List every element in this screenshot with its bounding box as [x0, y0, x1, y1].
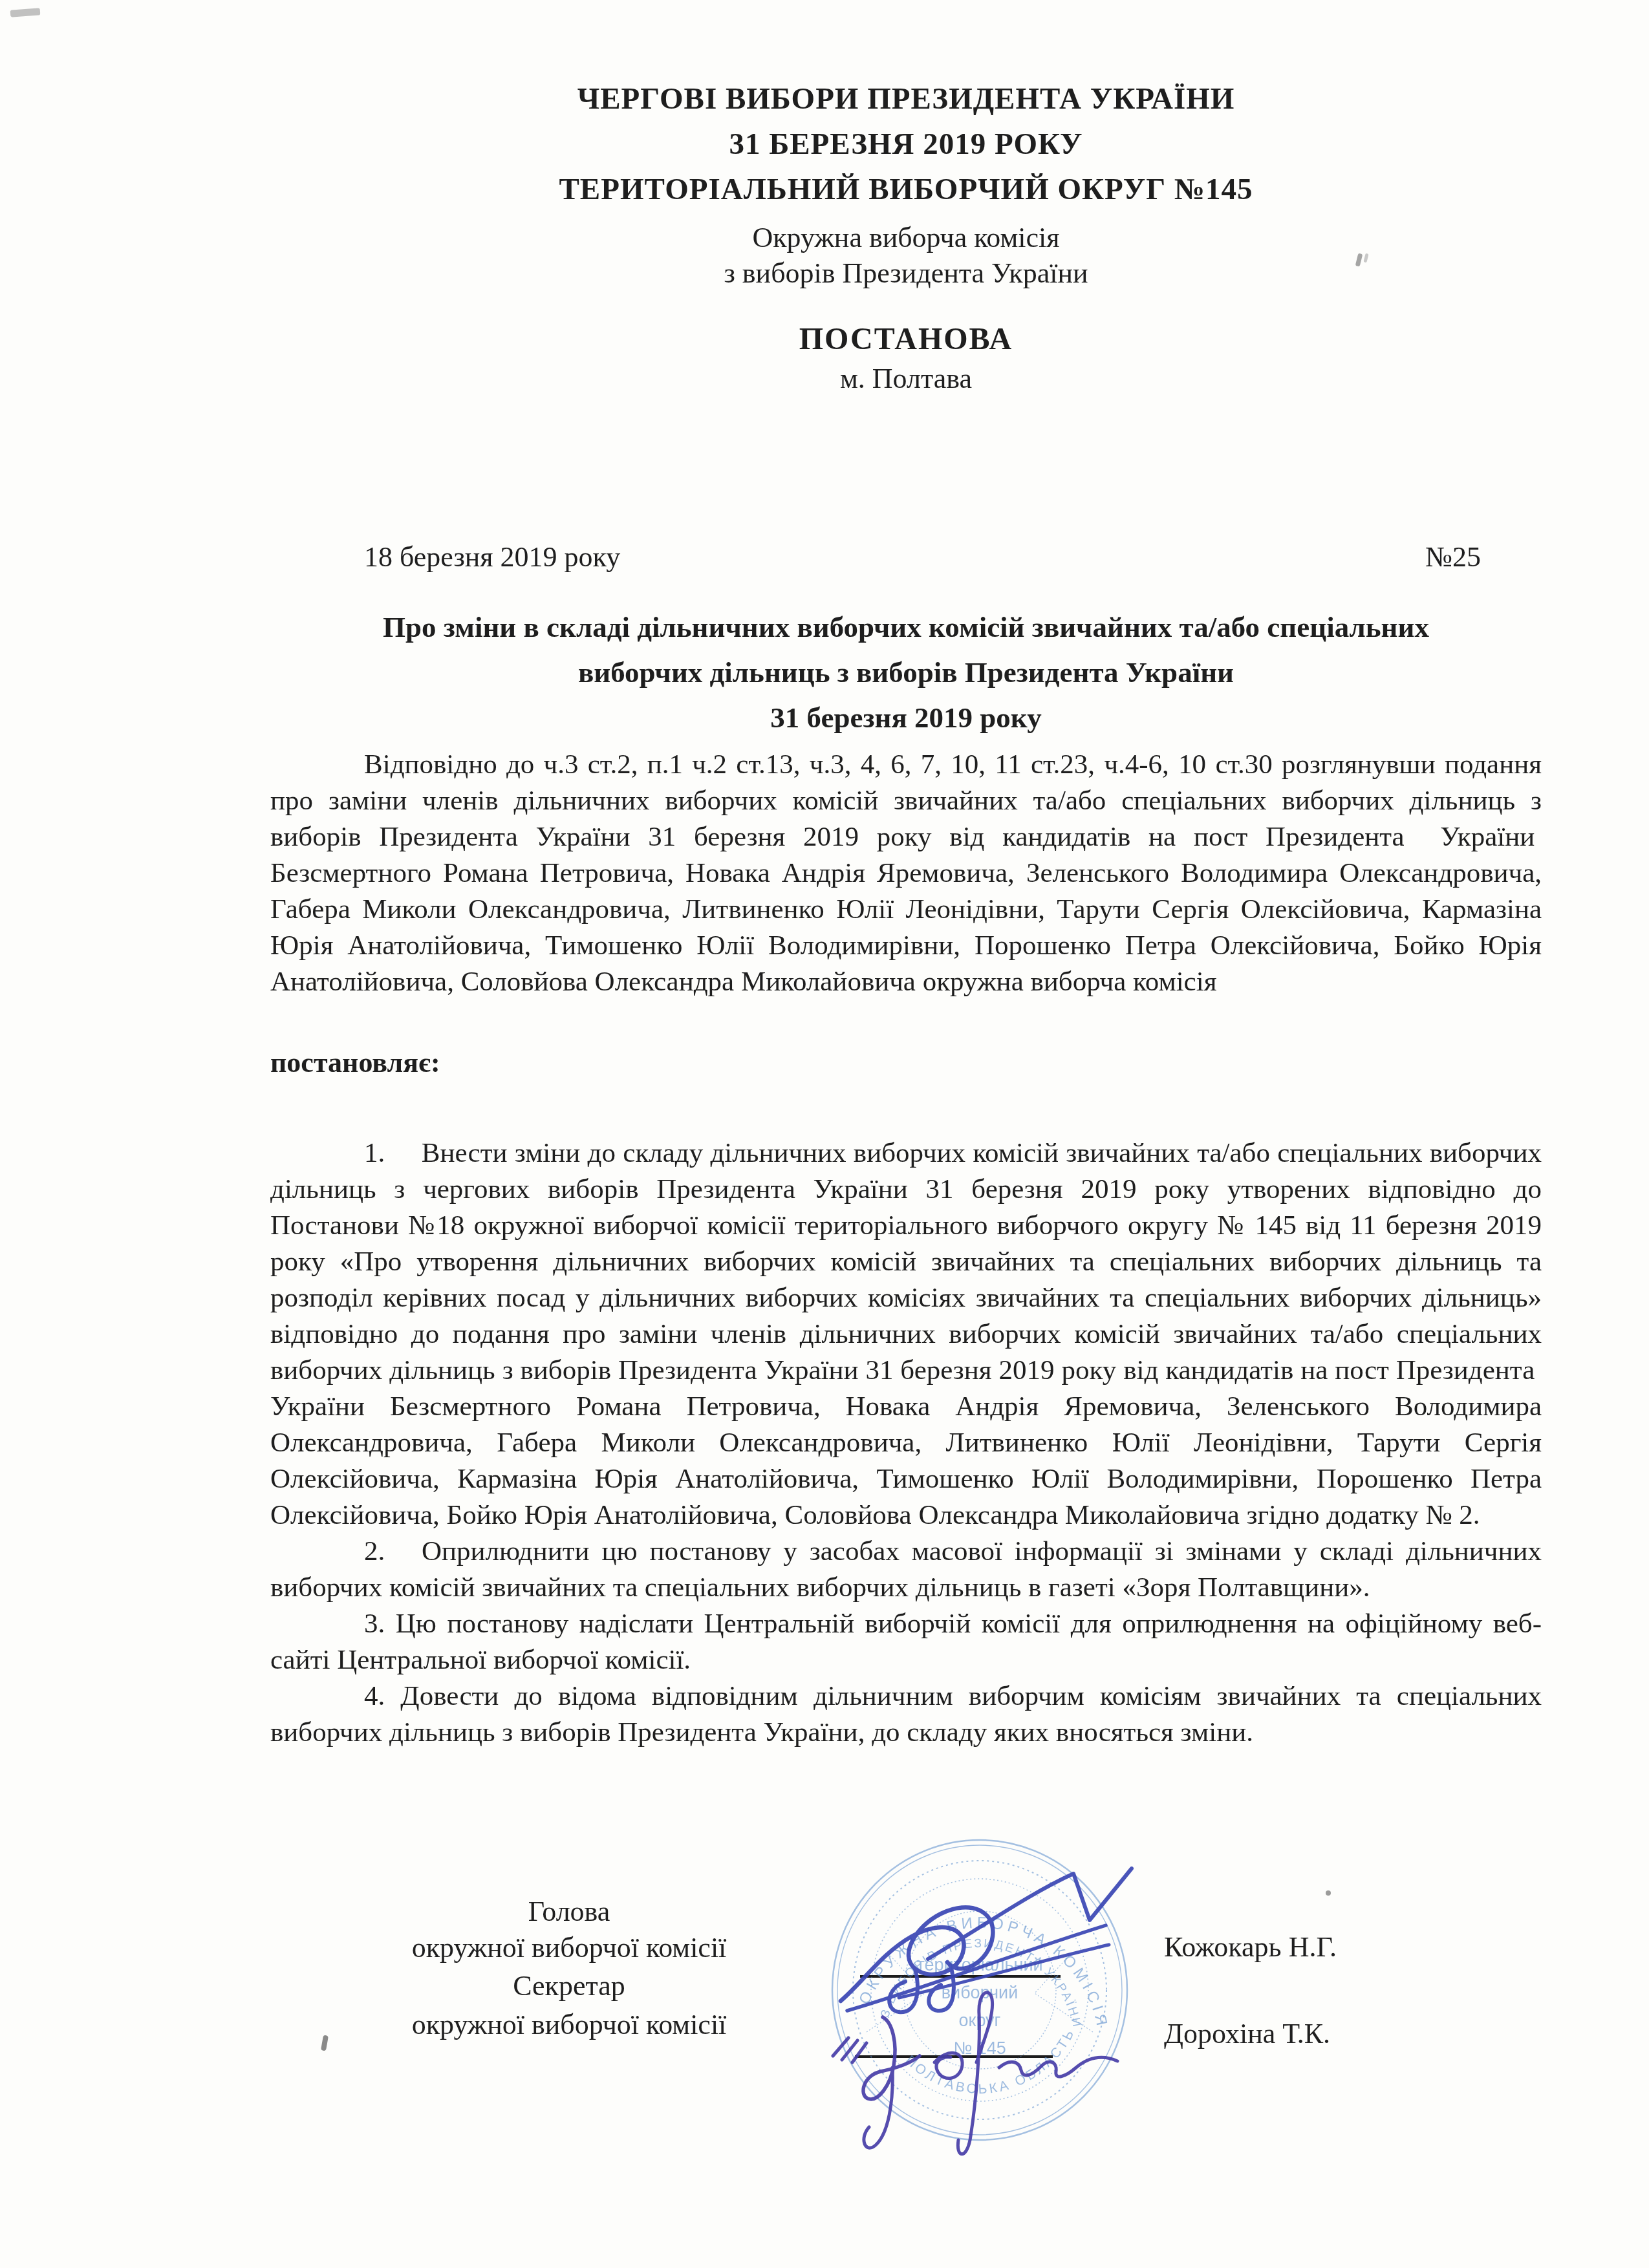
resolution-item-1: 1. Внести зміни до складу дільничних виб… [270, 1135, 1542, 1534]
document-date: 18 березня 2019 року [364, 540, 620, 573]
issuer-line-2: з виборів Президента України [270, 255, 1542, 291]
subject-line-3: 31 березня 2019 року [270, 695, 1542, 740]
head-signature-ink [841, 1868, 1132, 2012]
document-number: №25 [1425, 540, 1481, 573]
header-line-1: ЧЕРГОВІ ВИБОРИ ПРЕЗИДЕНТА УКРАЇНИ [270, 76, 1542, 122]
document-type: ПОСТАНОВА [270, 321, 1542, 357]
scan-artifact [10, 8, 41, 17]
sig-role-secretary-line1: Секретар [349, 1969, 789, 2002]
sig-role-secretary-line2: окружної виборчої комісії [349, 2008, 789, 2041]
date-number-row: 18 березня 2019 року №25 [270, 540, 1542, 573]
subject-line-1: Про зміни в складі дільничних виборчих к… [270, 604, 1542, 650]
scan-artifact [1326, 1890, 1331, 1896]
resolution-item-3: 3. Цю постанову надіслати Центральній ви… [270, 1606, 1542, 1678]
scanned-document-page: ЧЕРГОВІ ВИБОРИ ПРЕЗИДЕНТА УКРАЇНИ 31 БЕР… [0, 0, 1649, 2268]
header-line-2: 31 БЕРЕЗНЯ 2019 РОКУ [270, 122, 1542, 167]
header-line-3: ТЕРИТОРІАЛЬНИЙ ВИБОРЧИЙ ОКРУГ №145 [270, 167, 1542, 212]
resolves-word: постановляє: [270, 1046, 1542, 1079]
preamble-block: Відповідно до ч.3 ст.2, п.1 ч.2 ст.13, ч… [270, 747, 1542, 1000]
resolution-item-2: 2. Оприлюднити цю постанову у засобах ма… [270, 1534, 1542, 1606]
document-place: м. Полтава [270, 362, 1542, 395]
subject-line-2: виборчих дільниць з виборів Президента У… [270, 650, 1542, 695]
preamble-paragraph: Відповідно до ч.3 ст.2, п.1 ч.2 ст.13, ч… [270, 747, 1542, 1000]
subject-title: Про зміни в складі дільничних виборчих к… [270, 604, 1542, 740]
sig-role-head-line2: окружної виборчої комісії [349, 1931, 789, 1964]
resolution-item-4: 4. Довести до відома відповідним дільнич… [270, 1678, 1542, 1751]
issuer-line-1: Окружна виборча комісія [270, 220, 1542, 255]
document-header: ЧЕРГОВІ ВИБОРИ ПРЕЗИДЕНТА УКРАЇНИ 31 БЕР… [270, 76, 1542, 212]
resolution-items: 1. Внести зміни до складу дільничних виб… [270, 1135, 1542, 1751]
scan-artifact [321, 2035, 329, 2051]
secretary-signature-ink [833, 1993, 1117, 2154]
issuer-block: Окружна виборча комісія з виборів Презид… [270, 220, 1542, 291]
ink-signatures [802, 1849, 1319, 2185]
sig-role-head-line1: Голова [349, 1895, 789, 1928]
